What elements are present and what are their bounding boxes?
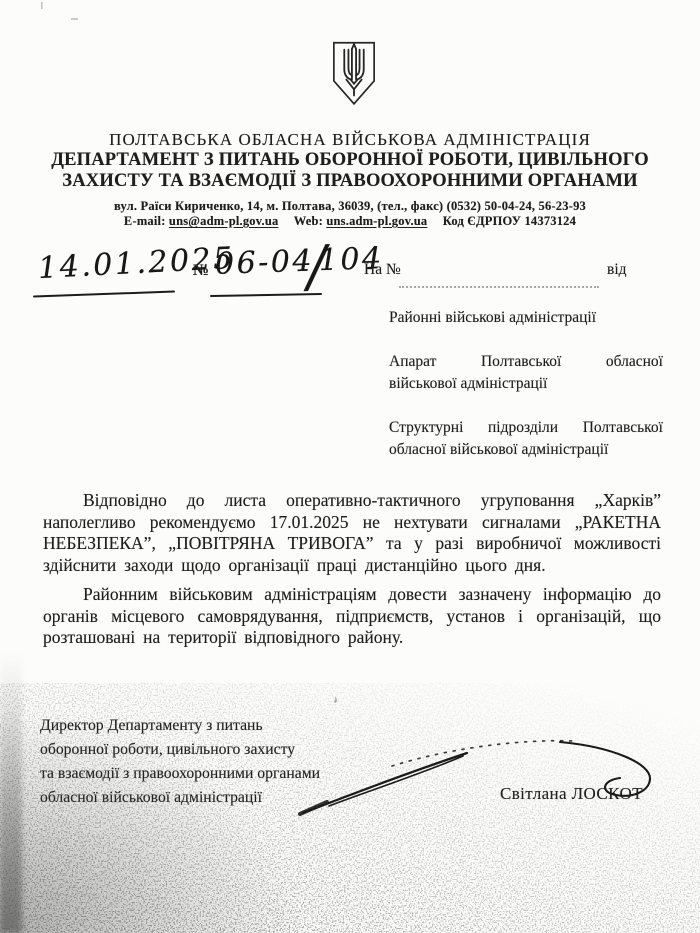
scan-grain-texture [0, 683, 700, 933]
org-address-line: вул. Раїси Кириченко, 14, м. Полтава, 36… [0, 199, 700, 214]
recipient-line: Структурні підрозділи Полтавської [389, 417, 663, 439]
number-sign: № [193, 262, 209, 280]
document-number-part1: 06-04 [214, 243, 314, 281]
document-number-handwritten: 06-04/104 [214, 241, 384, 282]
org-name-line3: ЗАХИСТУ ТА ВЗАЄМОДІЇ З ПРАВООХОРОННИМИ О… [0, 171, 700, 192]
org-contact-line: E-mail: uns@adm-pl.gov.ua Web: uns.adm-p… [0, 214, 700, 229]
edrpou-label: Код ЄДРПОУ [443, 214, 521, 228]
incoming-ref-label: На № [364, 261, 401, 279]
incoming-ref-blank-line [399, 273, 599, 288]
body-paragraph-1: Відповідно до листа оперативно-тактичног… [43, 490, 661, 576]
number-underline [210, 293, 322, 297]
scanned-letter-page: ПОЛТАВСЬКА ОБЛАСНА ВІЙСЬКОВА АДМІНІСТРАЦ… [0, 0, 700, 933]
ukraine-trident-icon [329, 36, 379, 112]
recipient-line: військової адміністрації [389, 373, 663, 395]
web-label: Web: [294, 214, 323, 228]
recipient-item: Районні військові адміністрації [389, 307, 663, 329]
org-name-line1: ПОЛТАВСЬКА ОБЛАСНА ВІЙСЬКОВА АДМІНІСТРАЦ… [0, 130, 700, 150]
email-label: E-mail: [124, 214, 166, 228]
recipient-line: Районні військові адміністрації [389, 307, 663, 329]
email-value: uns@adm-pl.gov.ua [169, 214, 279, 228]
recipient-line: обласної військової адміністрації [389, 439, 663, 461]
date-underline [33, 291, 175, 298]
recipients-block: Районні військові адміністрації Апарат П… [389, 307, 663, 483]
web-value: uns.adm-pl.gov.ua [326, 214, 427, 228]
recipient-item: Структурні підрозділи Полтавської обласн… [389, 417, 663, 461]
letter-body: Відповідно до листа оперативно-тактичног… [43, 490, 661, 657]
org-name-line2: ДЕПАРТАМЕНТ З ПИТАНЬ ОБОРОННОЇ РОБОТИ, Ц… [0, 150, 700, 171]
recipient-line: Апарат Полтавської обласної [389, 351, 663, 373]
recipient-item: Апарат Полтавської обласної військової а… [389, 351, 663, 395]
body-paragraph-2: Районним військовим адміністраціям довес… [43, 584, 661, 649]
incoming-ref-from-label: від [607, 261, 627, 279]
edrpou-value: 14373124 [524, 214, 576, 228]
